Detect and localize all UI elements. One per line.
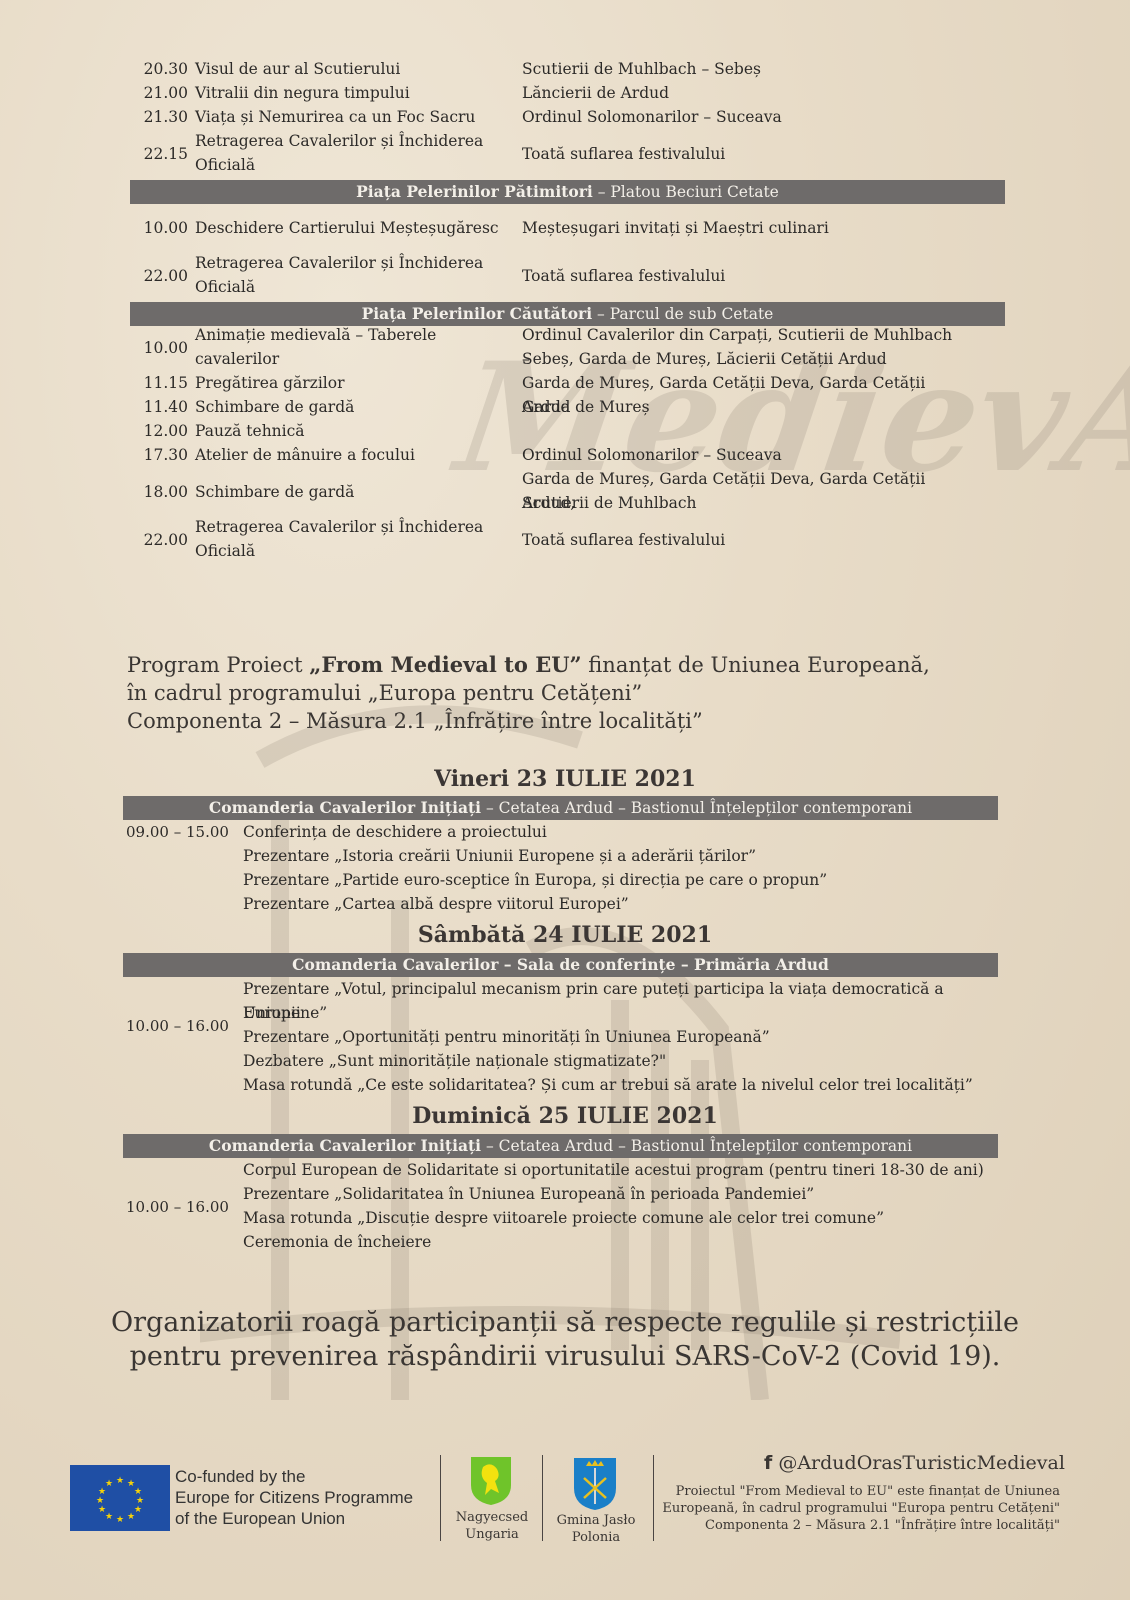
eu-text-line: Co-funded by the xyxy=(175,1466,413,1487)
time: 22.00 xyxy=(130,528,188,552)
time: 21.30 xyxy=(130,105,188,129)
performers: Scutierii de Muhlbach xyxy=(522,491,962,515)
activity: Deschidere Cartierului Meșteșugăresc xyxy=(195,216,505,240)
time: 22.00 xyxy=(130,264,188,288)
activity: Atelier de mânuire a focului xyxy=(195,443,505,467)
location-bar: Comanderia Cavalerilor Inițiați – Cetate… xyxy=(123,796,998,820)
nagyecsed-crest-icon xyxy=(469,1455,513,1507)
svg-text:★: ★ xyxy=(127,1512,135,1522)
activity: Oficială xyxy=(195,275,505,299)
performers: Toată suflarea festivalului xyxy=(522,528,962,552)
svg-text:★: ★ xyxy=(116,1515,124,1525)
location-place: – Cetatea Ardud – Bastionul Înțelepților… xyxy=(481,1137,912,1155)
time-range: 09.00 – 15.00 xyxy=(126,823,229,841)
location-name: Piața Pelerinilor Căutători xyxy=(362,304,592,323)
project-intro: Program Proiect „From Medieval to EU” fi… xyxy=(127,651,930,735)
event-item: Masa rotundă „Ce este solidaritatea? Și … xyxy=(243,1073,1003,1097)
day-title: Vineri 23 IULIE 2021 xyxy=(0,766,1130,792)
event-item: Conferința de deschidere a proiectului xyxy=(243,820,1003,844)
event-item: Corpul European de Solidaritate si oport… xyxy=(243,1158,1003,1182)
activity: cavalerilor xyxy=(195,347,505,371)
intro-text: în cadrul programului „Europa pentru Cet… xyxy=(127,679,930,707)
activity: Animație medievală – Taberele xyxy=(195,323,505,347)
intro-text: Componenta 2 – Măsura 2.1 „Înfrățire înt… xyxy=(127,707,930,735)
divider xyxy=(542,1455,543,1541)
performers: Toată suflarea festivalului xyxy=(522,142,962,166)
location-bar: Comanderia Cavalerilor – Sala de conferi… xyxy=(123,953,998,977)
disclaimer-line: Proiectul "From Medieval to EU" este fin… xyxy=(650,1483,1060,1500)
location-place: Parcul de sub Cetate xyxy=(610,305,774,323)
activity: Schimbare de gardă xyxy=(195,480,505,504)
activity: Retragerea Cavalerilor și Închiderea xyxy=(195,251,505,275)
disclaimer-line: Componenta 2 – Măsura 2.1 "Înfrățire înt… xyxy=(650,1517,1060,1534)
event-item: Dezbatere „Sunt minoritățile naționale s… xyxy=(243,1049,1003,1073)
time: 11.40 xyxy=(130,395,188,419)
activity: Retragerea Cavalerilor și Închiderea xyxy=(195,129,505,153)
event-item: Europene” xyxy=(243,1001,1003,1025)
notice-line: pentru prevenirea răspândirii virusului … xyxy=(0,1340,1130,1374)
svg-text:★: ★ xyxy=(116,1476,124,1486)
time-range: 10.00 – 16.00 xyxy=(126,1017,229,1035)
location-place: Platou Beciuri Cetate xyxy=(610,183,778,201)
partner-label: Nagyecsed Ungaria xyxy=(450,1509,534,1543)
eu-flag-icon: ★★★ ★★★ ★★★ ★★★ xyxy=(70,1465,170,1531)
project-name: „From Medieval to EU” xyxy=(309,652,581,677)
location-bar: Comanderia Cavalerilor Inițiați – Cetate… xyxy=(123,1134,998,1158)
location-name: Comanderia Cavalerilor – Sala de conferi… xyxy=(292,955,829,974)
activity: Schimbare de gardă xyxy=(195,395,505,419)
location-name: Comanderia Cavalerilor Inițiați xyxy=(209,1136,481,1155)
funding-disclaimer: Proiectul "From Medieval to EU" este fin… xyxy=(650,1483,1060,1534)
day-title: Sâmbătă 24 IULIE 2021 xyxy=(0,922,1130,948)
svg-text:★: ★ xyxy=(134,1505,142,1515)
activity: Retragerea Cavalerilor și Închiderea xyxy=(195,515,505,539)
svg-text:★: ★ xyxy=(98,1505,106,1515)
svg-text:★: ★ xyxy=(105,1512,113,1522)
time: 11.15 xyxy=(130,371,188,395)
svg-text:★: ★ xyxy=(105,1479,113,1489)
facebook-link[interactable]: f @ArdudOrasTuristicMedieval xyxy=(764,1452,1065,1474)
time: 22.15 xyxy=(130,142,188,166)
activity: Vitralii din negura timpului xyxy=(195,81,505,105)
time: 20.30 xyxy=(130,57,188,81)
facebook-handle: @ArdudOrasTuristicMedieval xyxy=(778,1452,1065,1474)
event-item: Prezentare „Oportunități pentru minorită… xyxy=(243,1025,1003,1049)
svg-text:★: ★ xyxy=(96,1496,104,1506)
performers: Garda de Mureș xyxy=(522,395,962,419)
disclaimer-line: Europeană, în cadrul programului "Europa… xyxy=(650,1500,1060,1517)
activity: Oficială xyxy=(195,539,505,563)
event-item: Prezentare „Cartea albă despre viitorul … xyxy=(243,892,1003,916)
time: 17.30 xyxy=(130,443,188,467)
eu-text-line: of the European Union xyxy=(175,1508,413,1529)
event-item: Prezentare „Solidaritatea în Uniunea Eur… xyxy=(243,1182,1003,1206)
time: 10.00 xyxy=(130,216,188,240)
location-name: Piața Pelerinilor Pătimitori xyxy=(356,182,593,201)
partner-country: Polonia xyxy=(553,1529,639,1546)
location-name: Comanderia Cavalerilor Inițiați xyxy=(209,798,481,817)
intro-text: Program Proiect xyxy=(127,653,309,677)
notice-line: Organizatorii roagă participanții să res… xyxy=(0,1306,1130,1340)
separator: – xyxy=(593,183,611,201)
location-bar: Piața Pelerinilor Pătimitori – Platou Be… xyxy=(130,180,1005,204)
performers: Lăncierii de Ardud xyxy=(522,81,962,105)
separator: – xyxy=(592,305,610,323)
activity: Visul de aur al Scutierului xyxy=(195,57,505,81)
event-item: Ceremonia de încheiere xyxy=(243,1230,1003,1254)
gmina-jaslo-crest-icon xyxy=(572,1456,618,1512)
time-range: 10.00 – 16.00 xyxy=(126,1198,229,1216)
intro-text: finanțat de Uniunea Europeană, xyxy=(582,653,930,677)
covid-notice: Organizatorii roagă participanții să res… xyxy=(0,1306,1130,1374)
performers: Meșteșugari invitați și Maeștri culinari xyxy=(522,216,962,240)
performers: Ordinul Solomonarilor – Suceava xyxy=(522,443,962,467)
partner-country: Ungaria xyxy=(450,1526,534,1543)
performers: Toată suflarea festivalului xyxy=(522,264,962,288)
partner-name: Nagyecsed xyxy=(450,1509,534,1526)
event-item: Prezentare „Istoria creării Uniunii Euro… xyxy=(243,844,1003,868)
facebook-icon: f xyxy=(764,1452,772,1474)
eu-text-line: Europe for Citizens Programme xyxy=(175,1487,413,1508)
day-title: Duminică 25 IULIE 2021 xyxy=(0,1103,1130,1129)
location-place: – Cetatea Ardud – Bastionul Înțelepților… xyxy=(481,799,912,817)
partner-label: Gmina Jasło Polonia xyxy=(553,1512,639,1546)
divider xyxy=(440,1455,441,1541)
time: 12.00 xyxy=(130,419,188,443)
eu-cofunded-text: Co-funded by the Europe for Citizens Pro… xyxy=(175,1466,413,1529)
event-item: Prezentare „Partide euro-sceptice în Eur… xyxy=(243,868,1003,892)
time: 21.00 xyxy=(130,81,188,105)
partner-name: Gmina Jasło xyxy=(553,1512,639,1529)
activity: Viața și Nemurirea ca un Foc Sacru xyxy=(195,105,505,129)
time: 18.00 xyxy=(130,480,188,504)
activity: Pauză tehnică xyxy=(195,419,505,443)
performers: Sebeș, Garda de Mureș, Lăcierii Cetății … xyxy=(522,347,962,371)
performers: Ordinul Solomonarilor – Suceava xyxy=(522,105,962,129)
activity: Pregătirea gărzilor xyxy=(195,371,505,395)
activity: Oficială xyxy=(195,153,505,177)
event-item: Masa rotunda „Discuție despre viitoarele… xyxy=(243,1206,1003,1230)
time: 10.00 xyxy=(130,336,188,360)
performers: Scutierii de Muhlbach – Sebeș xyxy=(522,57,962,81)
